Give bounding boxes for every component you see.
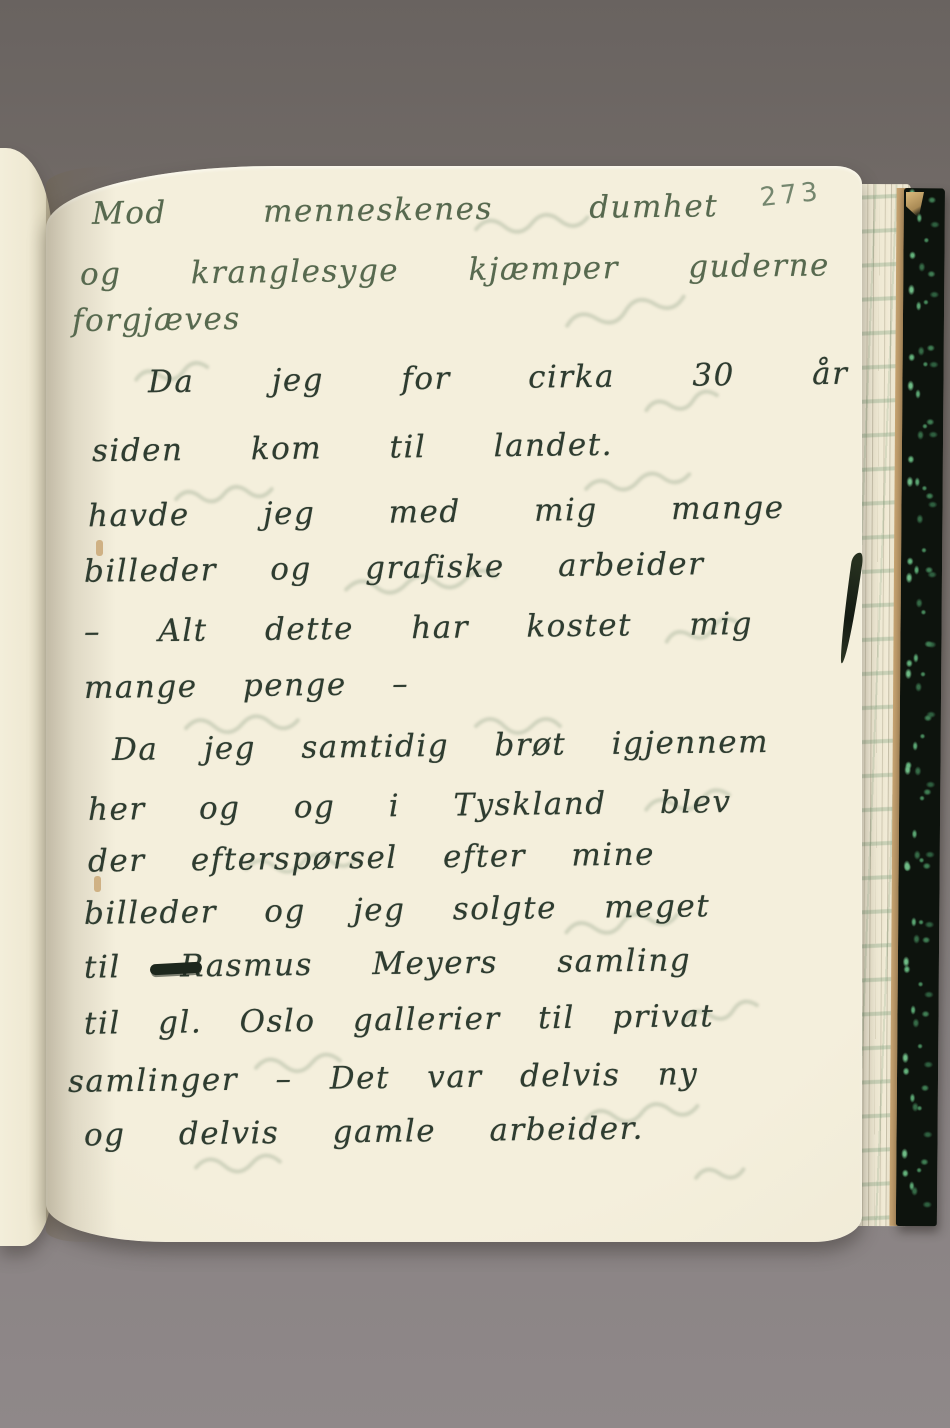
handwriting-line: siden kom til landet. <box>92 427 613 469</box>
handwriting-line: samlinger – Det var delvis ny <box>68 1056 699 1100</box>
handwriting-line: og delvis gamle arbeider. <box>84 1111 644 1154</box>
handwriting-line: der efterspørsel efter mine <box>88 837 655 880</box>
photo-background: 273 Mod menneskenes dumhet og kranglesyg… <box>0 0 950 1428</box>
handwriting-line: til gl. Oslo gallerier til privat <box>84 998 715 1042</box>
handwriting-line: billeder og jeg solgte meget <box>84 888 711 932</box>
left-page-edge <box>0 148 52 1246</box>
handwriting-line: billeder og grafiske arbeider <box>84 546 705 590</box>
page-number: 273 <box>759 177 823 213</box>
handwriting-line: forgjæves <box>72 301 241 339</box>
handwriting-line: Mod menneskenes dumhet <box>92 188 719 232</box>
marbled-cover-edge <box>896 188 945 1226</box>
handwriting-line: mange penge – <box>84 666 410 706</box>
